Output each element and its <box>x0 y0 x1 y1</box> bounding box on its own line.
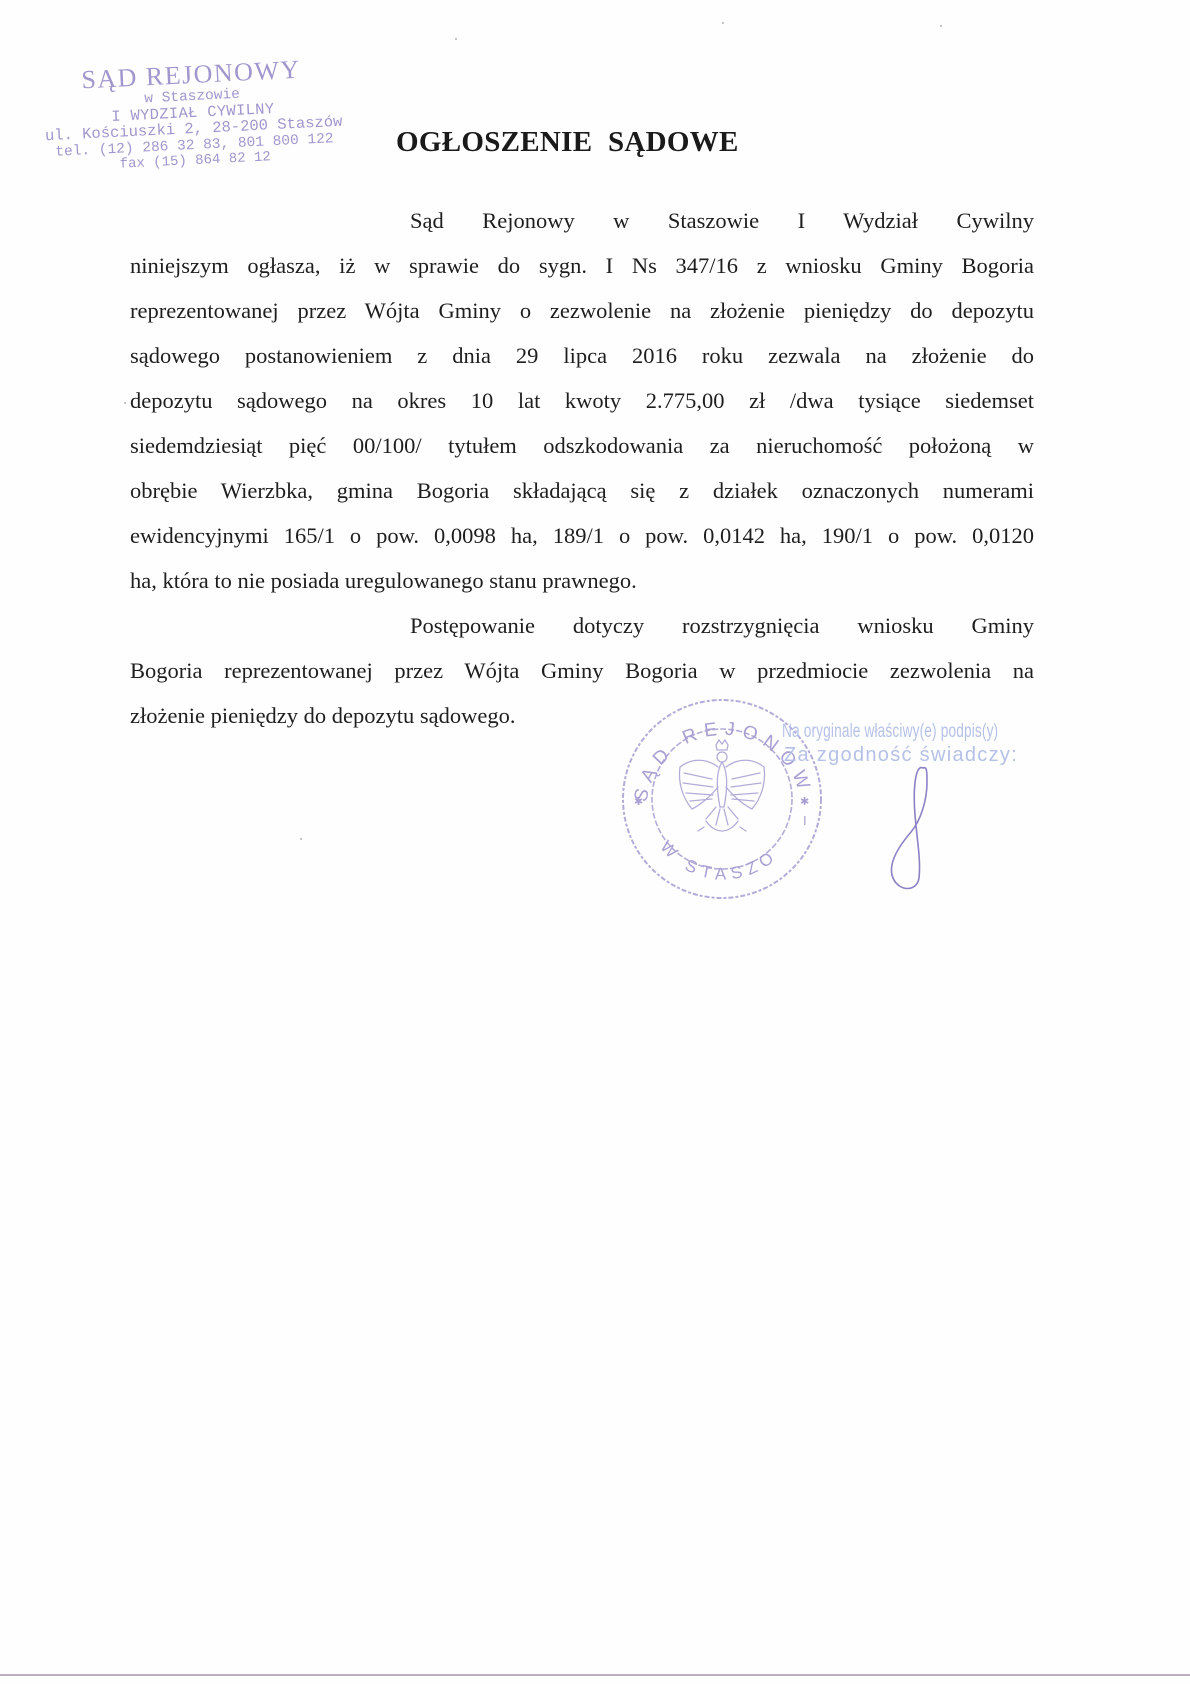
scan-speck <box>124 402 126 404</box>
document-title: OGŁOSZENIE SĄDOWE <box>396 126 739 159</box>
text-line: Sąd Rejonowy w Staszowie I Wydział Cywil… <box>130 198 1034 243</box>
text-line: siedemdziesiąt pięć 00/100/ tytułem odsz… <box>130 423 1034 468</box>
text-line: niniejszym ogłasza, iż w sprawie do sygn… <box>130 243 1034 288</box>
text-line: depozytu sądowego na okres 10 lat kwoty … <box>130 378 1034 423</box>
scan-speck <box>300 838 302 840</box>
paragraph-main: Sąd Rejonowy w Staszowie I Wydział Cywil… <box>130 198 1034 603</box>
seal-star-left: ✱ <box>634 795 643 808</box>
scan-edge-line <box>0 1674 1190 1676</box>
court-header-stamp: SĄD REJONOWY w Staszowie I WYDZIAŁ CYWIL… <box>26 54 361 176</box>
cert-original-signature-note: Na oryginale właściwy(e) podpis(y) <box>782 722 998 741</box>
announcement-body: Sąd Rejonowy w Staszowie I Wydział Cywil… <box>130 198 1034 738</box>
certification-stamp: Na oryginale właściwy(e) podpis(y) Za zg… <box>782 722 1082 765</box>
seal-side-text: I <box>803 813 807 828</box>
text-line: Postępowanie dotyczy rozstrzygnięcia wni… <box>130 603 1034 648</box>
text-line: Bogoria reprezentowanej przez Wójta Gmin… <box>130 648 1034 693</box>
document-page: SĄD REJONOWY w Staszowie I WYDZIAŁ CYWIL… <box>0 0 1190 1684</box>
text-line: reprezentowanej przez Wójta Gminy o zezw… <box>130 288 1034 333</box>
text-line: ewidencyjnymi 165/1 o pow. 0,0098 ha, 18… <box>130 513 1034 558</box>
scan-speck <box>722 22 724 24</box>
handwritten-signature <box>885 760 945 895</box>
paragraph-proceedings: Postępowanie dotyczy rozstrzygnięcia wni… <box>130 603 1034 738</box>
scan-speck <box>940 25 942 27</box>
text-line: obrębie Wierzbka, gmina Bogoria składają… <box>130 468 1034 513</box>
text-line: sądowego postanowieniem z dnia 29 lipca … <box>130 333 1034 378</box>
seal-star-right: ✱ <box>800 795 809 808</box>
eagle-emblem-icon <box>680 740 765 831</box>
text-line: ha, która to nie posiada uregulowanego s… <box>130 558 1034 603</box>
scan-speck <box>455 38 457 40</box>
